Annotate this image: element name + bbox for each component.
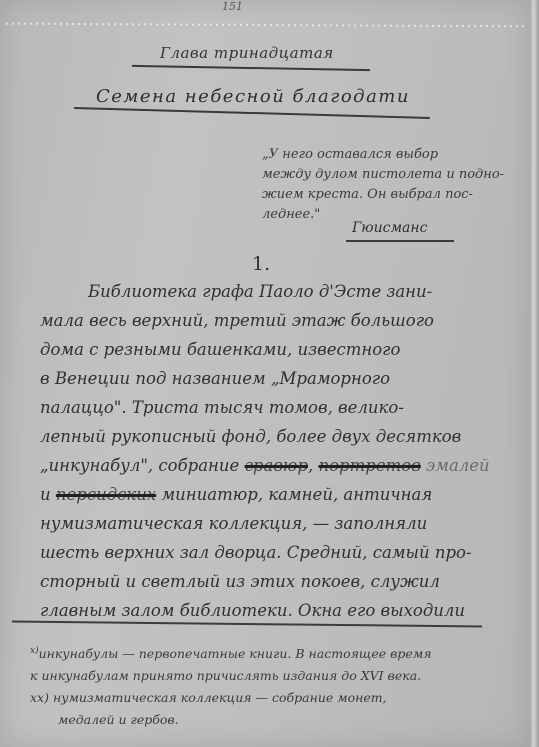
footnote-marker: xx) bbox=[30, 690, 49, 705]
body-line: Библиотека графа Паоло д'Эсте зани- bbox=[40, 277, 530, 306]
body-line: шесть верхних зал дворца. Средний, самый… bbox=[40, 538, 530, 567]
footnote-text: инкунабулы — первопечатные книги. В наст… bbox=[39, 646, 432, 661]
body-line: мала весь верхний, третий этаж большого bbox=[40, 306, 530, 335]
body-line: палаццо". Триста тысяч томов, велико- bbox=[40, 393, 530, 422]
struck-word: портретов bbox=[319, 456, 421, 475]
footnote-line: xx) нумизматическая коллекция — собрание… bbox=[30, 687, 510, 709]
footnote-line: медалей и гербов. bbox=[30, 709, 510, 731]
struck-word: персидских bbox=[56, 485, 156, 504]
epigraph: „У него оставался выбор между дулом пист… bbox=[262, 145, 502, 225]
body-line: лепный рукописный фонд, более двух десят… bbox=[40, 422, 530, 451]
epigraph-author-underline bbox=[346, 240, 454, 242]
section-number: 1. bbox=[252, 253, 270, 275]
epigraph-line: между дулом пистолета и подно- bbox=[262, 165, 502, 185]
chapter-label: Глава тринадцатая bbox=[160, 44, 334, 62]
footnote-line: к инкунабулам принято причислять издания… bbox=[30, 665, 510, 687]
epigraph-author: Гюисманс bbox=[352, 220, 427, 236]
perforation-line bbox=[4, 23, 524, 28]
epigraph-line: жием креста. Он выбрал пос- bbox=[262, 185, 502, 205]
footnote-line: x)инкунабулы — первопечатные книги. В на… bbox=[30, 640, 510, 665]
manuscript-page: 151 Глава тринадцатая Семена небесной бл… bbox=[0, 0, 530, 747]
body-line: дома с резными башенками, известного bbox=[40, 335, 530, 364]
footnote-text: нумизматическая коллекция — собрание мон… bbox=[53, 690, 387, 705]
footnotes: x)инкунабулы — первопечатные книги. В на… bbox=[30, 640, 510, 731]
body-line-with-strikeouts: и персидских миниатюр, камней, античная bbox=[40, 480, 530, 509]
body-line: в Венеции под названием „Мраморного bbox=[40, 364, 530, 393]
footnote-marker: x) bbox=[30, 646, 39, 656]
chapter-label-underline bbox=[132, 65, 370, 71]
body-text: Библиотека графа Паоло д'Эсте зани- мала… bbox=[40, 277, 530, 625]
struck-word: гравюр bbox=[245, 456, 308, 475]
body-fragment: миниатюр, камней, античная bbox=[161, 485, 432, 504]
chapter-title-underline bbox=[74, 107, 430, 119]
body-line-with-strikeouts: „инкунабул", собрание гравюр, портретов … bbox=[40, 451, 530, 480]
body-line: нумизматическая коллекция, — заполняли bbox=[40, 509, 530, 538]
chapter-title: Семена небесной благодати bbox=[96, 86, 410, 107]
epigraph-line: „У него оставался выбор bbox=[262, 145, 502, 165]
body-fragment: эмалей bbox=[426, 456, 490, 475]
body-fragment: и bbox=[40, 485, 51, 504]
body-fragment: „инкунабул", собрание bbox=[40, 456, 239, 475]
body-line: сторный и светлый из этих покоев, служил bbox=[40, 567, 530, 596]
page-number: 151 bbox=[222, 0, 243, 13]
